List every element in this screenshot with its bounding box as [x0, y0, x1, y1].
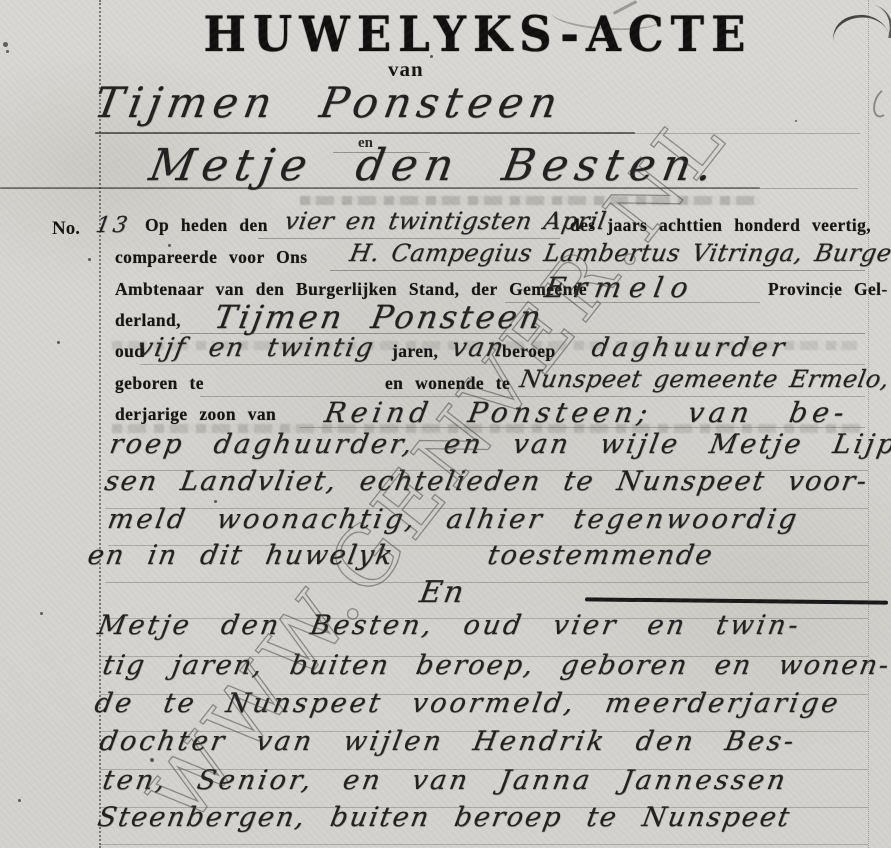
document-title: HUWELYKS-ACTE [65, 6, 891, 63]
ink-speck [40, 612, 43, 615]
handwritten-text: sen Landvliet, echtelieden te Nunspeet v… [102, 466, 870, 497]
handwritten-residence: Nunspeet gemeente Ermelo, meer- [518, 365, 891, 393]
handwritten-father-of-bride: dochter van wijlen Hendrik den Bes- [97, 726, 799, 757]
handwritten-text: en in dit huwelyk [85, 540, 396, 571]
handwritten-municipality: Ermelo [542, 271, 699, 304]
ink-squiggle [869, 86, 891, 120]
handwritten-text: Steenbergen, buiten beroep te Nunspeet [95, 802, 793, 833]
printed-text: derland, [115, 310, 181, 331]
handwritten-text: van [449, 333, 507, 363]
handwritten-age: vijf en twintig [135, 333, 377, 363]
bride-name-handwritten: Metje den Besten. [146, 140, 724, 191]
ruled-line [100, 844, 868, 845]
handwritten-groom-name: Tijmen Ponsteen [212, 298, 547, 336]
ink-speck [18, 799, 21, 802]
act-line-14: tig jaren, buiten beroep, geboren en won… [103, 658, 891, 692]
printed-text: beroep [502, 341, 556, 362]
printed-text: geboren te [115, 373, 204, 394]
handwritten-occupation: daghuurder [589, 333, 790, 363]
printed-text: Provincie Gel- [768, 279, 888, 300]
handwritten-date: vier en twintigsten April [283, 207, 609, 235]
ink-speck [3, 42, 8, 47]
handwritten-text: En [417, 575, 468, 610]
ink-speck [6, 50, 9, 53]
handwritten-official-name: H. Campegius Lambertus Vitringa, Burgemr… [348, 239, 891, 267]
printed-text: derjarige zoon van [115, 404, 276, 425]
act-number-label: No. [52, 218, 80, 240]
printed-text: des jaars achttien honderd veertig, [570, 215, 871, 236]
printed-text: compareerde voor Ons [115, 247, 307, 268]
handwritten-text: meld woonachtig, alhier tegenwoordig [105, 504, 802, 535]
act-line-18: Steenbergen, buiten beroep te Nunspeet [98, 810, 891, 844]
ink-speck [88, 258, 91, 261]
handwritten-text: toestemmende [485, 540, 716, 571]
handwritten-father-name: Reind Ponsteen; van be- [322, 396, 851, 429]
printed-text: Op heden den [145, 215, 268, 236]
act-line-16: dochter van wijlen Hendrik den Bes- [100, 734, 891, 768]
act-line-11: en in dit huwelyk toestemmende [88, 548, 891, 582]
act-line-13: Metje den Besten, oud vier en twin- [98, 618, 891, 652]
act-line-9: sen Landvliet, echtelieden te Nunspeet v… [105, 474, 891, 508]
handwritten-text: de te Nunspeet voormeld, meerderjarige [92, 688, 843, 719]
printed-text: jaren, [392, 341, 438, 362]
handwritten-text: tig jaren, buiten beroep, geboren en won… [100, 650, 891, 681]
handwritten-bride-details: Metje den Besten, oud vier en twin- [95, 610, 803, 641]
handwritten-text: roep daghuurder, en van wijle Metje Lijp… [107, 429, 891, 460]
marriage-certificate-scan: HUWELYKS-ACTE van Tijmen Ponsteen en Met… [0, 0, 891, 848]
printed-text: Ambtenaar van den Burgerlijken Stand, de… [115, 279, 587, 300]
groom-name-handwritten: Tijmen Ponsteen [91, 78, 567, 127]
printed-text: en wonende te [385, 373, 510, 394]
act-line-15: de te Nunspeet voormeld, meerderjarige [95, 696, 891, 730]
ruled-line [95, 133, 860, 134]
ink-speck [57, 341, 60, 344]
handwritten-mother-of-bride: ten, Senior, en van Janna Jannessen [100, 765, 790, 796]
ink-speck [795, 120, 797, 122]
act-line-2: compareerde voor Ons H. Campegius Lamber… [100, 247, 891, 281]
bleed-through-text [300, 196, 760, 205]
